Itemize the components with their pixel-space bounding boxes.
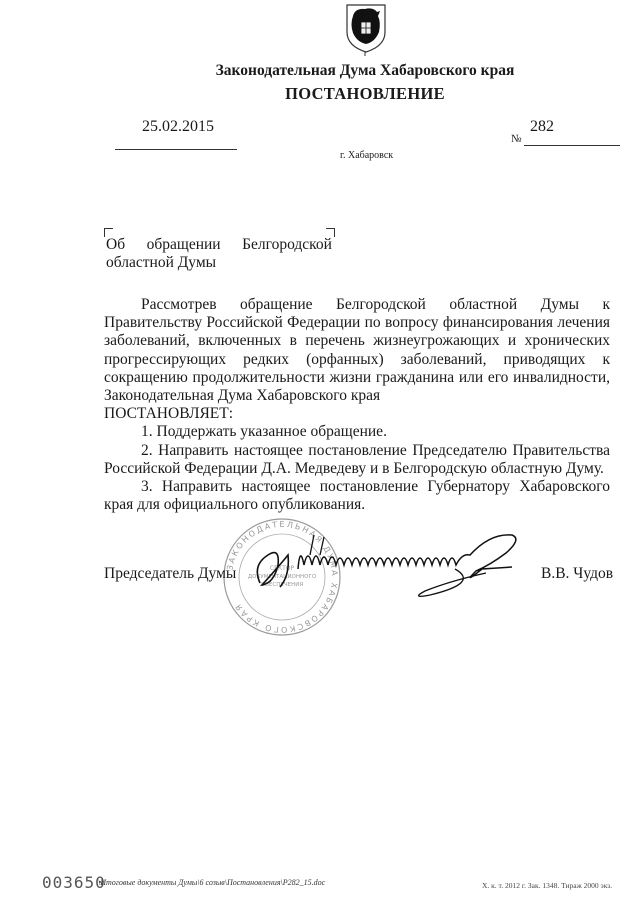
handwritten-signature-icon — [250, 525, 525, 605]
number-underline — [524, 145, 620, 146]
resolution-item-1: 1. Поддержать указанное обращение. — [104, 423, 610, 441]
organization-name: Законодательная Дума Хабаровского края — [0, 62, 640, 80]
preamble: Рассмотрев обращение Белгородской област… — [104, 296, 610, 405]
subject-line-2: областной Думы — [106, 254, 332, 272]
serial-number: 003650 — [42, 873, 106, 892]
document-date: 25.02.2015 — [142, 118, 214, 136]
subject-word: Белгородской — [242, 236, 332, 254]
city-label: г. Хабаровск — [340, 150, 393, 161]
number-sign: № — [511, 133, 522, 145]
subject-word: обращении — [147, 236, 221, 254]
document-body: Рассмотрев обращение Белгородской област… — [104, 296, 610, 514]
resolves-heading: ПОСТАНОВЛЯЕТ: — [104, 405, 610, 423]
file-path: \Итоговые документы Думы\6 созыв\Постано… — [98, 878, 325, 887]
document-type: ПОСТАНОВЛЕНИЕ — [0, 84, 640, 104]
signatory-name: В.В. Чудов — [541, 565, 613, 583]
document-subject: Об обращении Белгородской областной Думы — [106, 236, 332, 272]
subject-word: Об — [106, 236, 125, 254]
resolution-item-2: 2. Направить настоящее постановление Пре… — [104, 442, 610, 478]
print-info: Х. к. т. 2012 г. Зак. 1348. Тираж 2000 э… — [482, 881, 612, 890]
coat-of-arms-icon — [343, 2, 389, 56]
document-number: 282 — [530, 118, 554, 136]
signatory-position: Председатель Думы — [104, 565, 236, 583]
resolution-item-3: 3. Направить настоящее постановление Губ… — [104, 478, 610, 514]
date-underline — [115, 149, 237, 150]
